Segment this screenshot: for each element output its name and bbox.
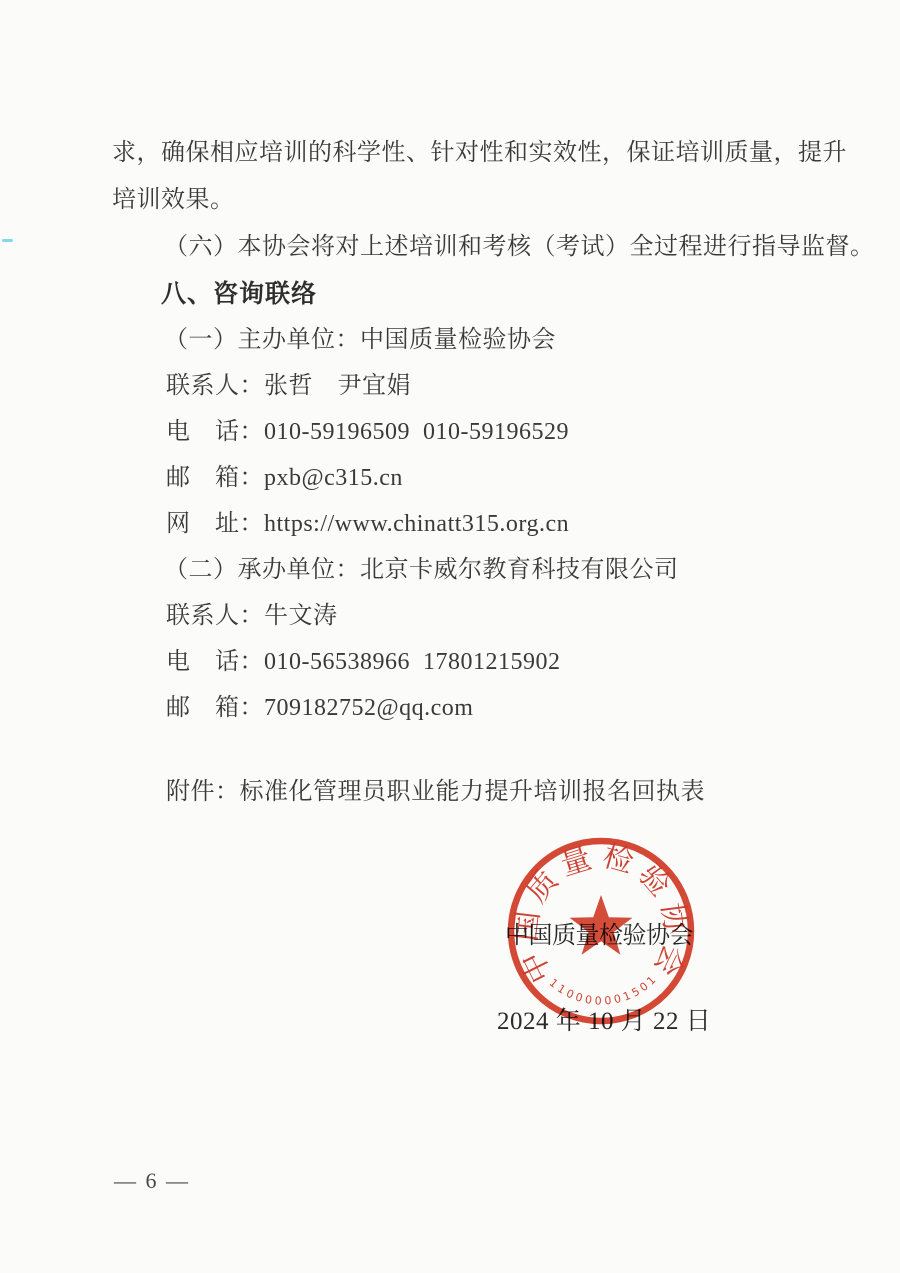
page-number: — 6 — [114, 1168, 190, 1194]
scan-artifact-dash [2, 239, 13, 242]
website-line: 网 址：https://www.chinatt315.org.cn [166, 509, 569, 539]
contact-person-line-2: 联系人：牛文涛 [166, 601, 338, 631]
attachment-line: 附件：标准化管理员职业能力提升培训报名回执表 [166, 777, 705, 807]
contact-person-line-1: 联系人：张哲 尹宜娟 [166, 371, 411, 401]
paragraph-line-end: 培训效果。 [112, 185, 235, 215]
email-line-1: 邮 箱：pxb@c315.cn [166, 463, 403, 493]
organizer-line: （一）主办单位：中国质量检验协会 [164, 325, 556, 355]
phone-line-2: 电 话：010-56538966 17801215902 [166, 647, 561, 677]
email-line-2: 邮 箱：709182752@qq.com [166, 693, 473, 723]
signature-date: 2024 年 10 月 22 日 [497, 1001, 711, 1037]
clause-six-line: （六）本协会将对上述培训和考核（考试）全过程进行指导监督。 [164, 232, 875, 262]
paragraph-line-continuation: 求，确保相应培训的科学性、针对性和实效性，保证培训质量，提升 [112, 138, 847, 168]
co-organizer-line: （二）承办单位：北京卡威尔教育科技有限公司 [164, 555, 679, 585]
document-page: 求，确保相应培训的科学性、针对性和实效性，保证培训质量，提升 培训效果。 （六）… [0, 0, 900, 1273]
phone-line-1: 电 话：010-59196509 010-59196529 [166, 417, 569, 447]
organization-signature-text: 中国质量检验协会 [505, 915, 693, 950]
section-heading: 八、咨询联络 [161, 279, 317, 310]
